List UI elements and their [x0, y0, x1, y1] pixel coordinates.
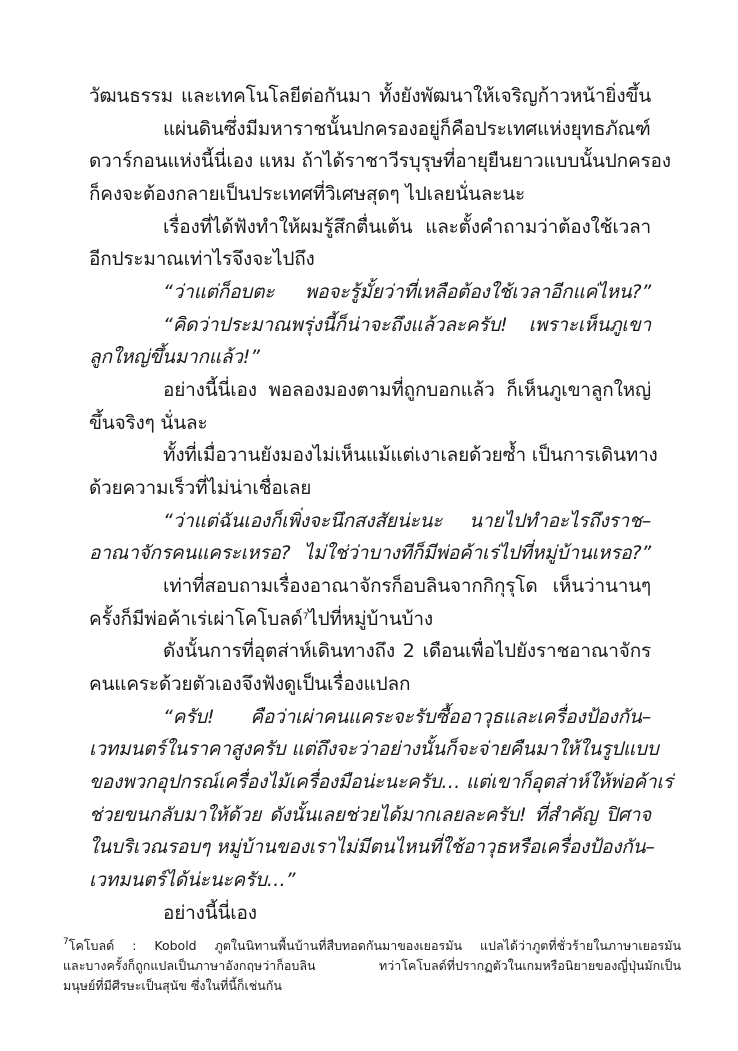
dialogue-line-9: ลูกใหญ่ขึ้นมากแล้ว!”	[89, 341, 260, 374]
body-line-17-text-after: ไปที่หมู่บ้านบ้าง	[308, 608, 433, 630]
dialogue-line-23: ช่วยขนกลับมาให้ด้วย ดังนั้นเลยช่วยได้มาก…	[89, 799, 651, 832]
body-line-18: ดังนั้นการที่อุตส่าห์เดินทางถึง 2 เดือนเ…	[163, 635, 651, 668]
footnote-line-2: และบางครั้งก็ถูกแปลเป็นภาษาอังกฤษว่าก็อบ…	[63, 956, 681, 976]
body-line-12: ทั้งที่เมื่อวานยังมองไม่เห็นแม้แต่เงาเลย…	[163, 439, 651, 472]
body-line-19: คนแคระด้วยตัวเองจึงฟังดูเป็นเรื่องแปลก	[89, 668, 410, 701]
body-line-3: ดวาร์กอนแห่งนี้นี่เอง แหม ถ้าได้ราชาวีรบ…	[89, 145, 651, 178]
body-line-17: ครั้งก็มีพ่อค้าเร่เผ่าโคโบลด์7ไปที่หมู่บ…	[89, 603, 433, 636]
body-line-16: เท่าที่สอบถามเรื่องอาณาจักรก็อบลินจากกิก…	[163, 570, 651, 603]
body-line-13: ด้วยความเร็วที่ไม่น่าเชื่อเลย	[89, 472, 311, 505]
dialogue-line-8: “คิดว่าประมาณพรุ่งนี้ก็น่าจะถึงแล้วละครั…	[163, 309, 651, 342]
dialogue-line-14: “ว่าแต่ฉันเองก็เพิ่งจะนึกสงสัยน่ะนะ นายไ…	[163, 505, 651, 538]
book-page: วัฒนธรรม และเทคโนโลยีต่อกันมา ทั้งยังพัฒ…	[0, 0, 738, 1051]
body-line-1: วัฒนธรรม และเทคโนโลยีต่อกันมา ทั้งยังพัฒ…	[89, 80, 651, 113]
dialogue-line-15: อาณาจักรคนแคระเหรอ? ไม่ใช่ว่าบางทีก็มีพ่…	[89, 537, 651, 570]
body-line-26: อย่างนี้นี่เอง	[163, 897, 257, 930]
body-line-2: แผ่นดินซึ่งมีมหาราชนั้นปกครองอยู่ก็คือปร…	[163, 113, 651, 146]
dialogue-line-21: เวทมนตร์ในราคาสูงครับ แต่ถึงจะว่าอย่างนั…	[89, 733, 651, 766]
dialogue-line-20: “ครับ! คือว่าเผ่าคนแคระจะรับซื้ออาวุธและ…	[163, 701, 651, 734]
dialogue-line-24: ในบริเวณรอบๆ หมู่บ้านของเราไม่มีตนไหนที่…	[89, 831, 651, 864]
body-line-17-text: ครั้งก็มีพ่อค้าเร่เผ่าโคโบลด์	[89, 608, 303, 630]
body-line-11: ขึ้นจริงๆ นั่นละ	[89, 407, 207, 440]
dialogue-line-7: “ว่าแต่ก็อบตะ พอจะรู้มั้ยว่าที่เหลือต้อง…	[163, 276, 651, 309]
footnote-line-1: 7โคโบลด์ : Kobold ภูตในนิทานพื้นบ้านที่ส…	[63, 936, 681, 956]
body-line-4: ก็คงจะต้องกลายเป็นประเทศที่วิเศษสุดๆ ไปเ…	[89, 178, 525, 211]
footnote-line-3: มนุษย์ที่มีศีรษะเป็นสุนัข ซึ่งในที่นี้ก็…	[63, 976, 282, 996]
dialogue-line-25: เวทมนตร์ได้น่ะนะครับ…”	[89, 864, 295, 897]
body-line-10: อย่างนี้นี่เอง พอลองมองตามที่ถูกบอกแล้ว …	[163, 374, 651, 407]
body-line-5: เรื่องที่ได้ฟังทำให้ผมรู้สึกตื่นเต้น และ…	[163, 211, 651, 244]
body-line-6: อีกประมาณเท่าไรจึงจะไปถึง	[89, 243, 315, 276]
dialogue-line-22: ของพวกอุปกรณ์เครื่องไม้เครื่องมือน่ะนะคร…	[89, 766, 651, 799]
footnote-line-1-text: โคโบลด์ : Kobold ภูตในนิทานพื้นบ้านที่สื…	[69, 938, 681, 953]
